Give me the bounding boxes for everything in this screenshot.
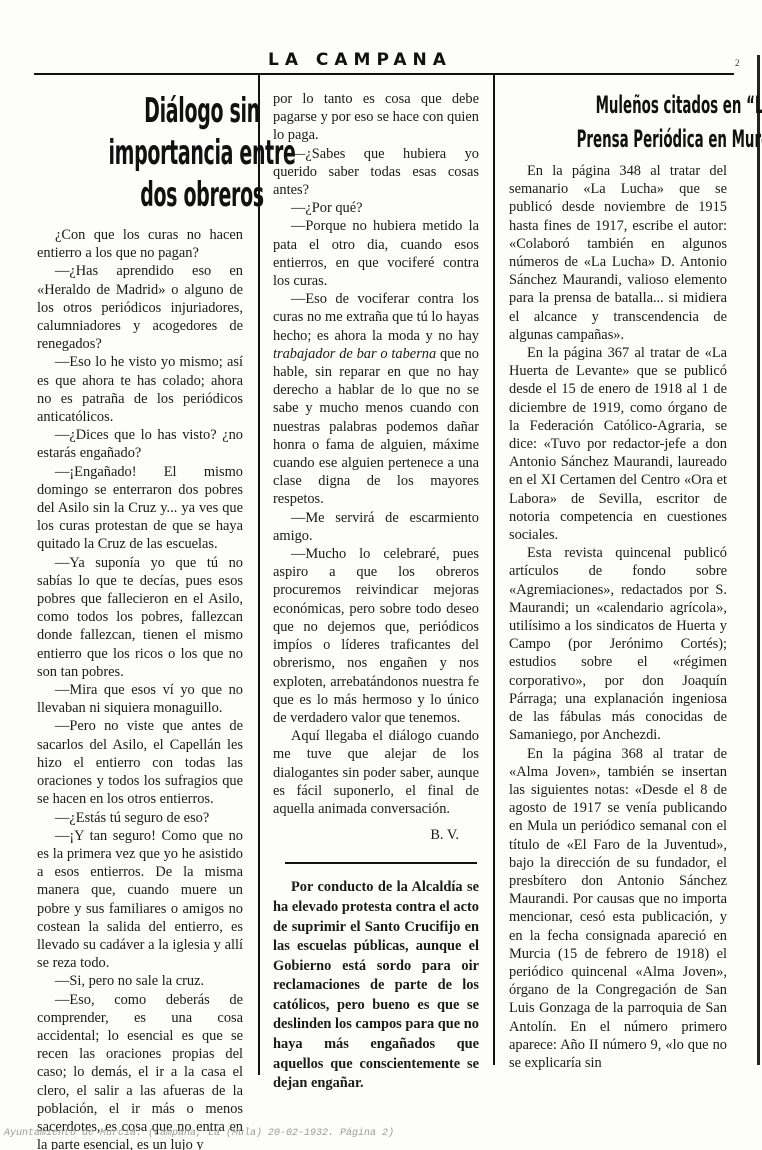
italic-text-run: trabajador de bar o taberna [273, 346, 436, 362]
paragraph: —Porque no hubiera metido la pata el otr… [273, 217, 479, 290]
masthead-title: LA CAMPANA [268, 50, 488, 72]
paragraph: —¿Sabes que hubiera yo querido saber tod… [273, 145, 479, 200]
article-mulenos: Muleños citados en “La Prensa Periódica … [509, 88, 727, 1072]
column-divider-2 [493, 75, 495, 1065]
paragraph: por lo tanto es cosa que debe pagarse y … [273, 90, 479, 145]
notice-text: Por conducto de la Alcaldía se ha elevad… [273, 878, 479, 1094]
paragraph: ¿Con que los curas no hacen entierro a l… [37, 226, 243, 262]
paragraph: —¿Has aprendido eso en «Heraldo de Madri… [37, 262, 243, 353]
masthead-rule [34, 73, 734, 75]
article-dialogo: Diálogo sin importancia entre dos obrero… [37, 90, 243, 1150]
author-signature: B. V. [273, 826, 459, 844]
paragraph: —Mucho lo celebraré, pues aspiro a que l… [273, 545, 479, 727]
paragraph: —¿Estás tú seguro de eso? [37, 809, 243, 827]
paragraph: —¿Por qué? [273, 199, 479, 217]
archive-footer: Ayuntamiento de Murcia. (Campana, La (Mu… [4, 1128, 394, 1139]
paragraph: En la página 348 al tratar del semanario… [509, 162, 727, 344]
paragraph: —Pero no viste que antes de sacarlos del… [37, 717, 243, 808]
paragraph: —Ya suponía yo que tú no sabías lo que t… [37, 554, 243, 681]
text-run: que no hable, sin reparar en que no hay … [273, 346, 479, 508]
paragraph: Esta revista quincenal publicó artículos… [509, 544, 727, 744]
paragraph: Aquí llegaba el diálogo cuando me tuve q… [273, 727, 479, 818]
paragraph: En la página 367 al tratar de «La Huerta… [509, 344, 727, 544]
paragraph: —Eso, como deberás de comprender, es una… [37, 991, 243, 1150]
page-number: 2 [735, 58, 740, 68]
paragraph: —Me servirá de escarmiento amigo. [273, 509, 479, 545]
column-divider-1 [258, 75, 260, 1075]
paragraph: —Eso de vociferar contra los curas no me… [273, 290, 479, 508]
paragraph: —¡Engañado! El mismo domingo se enterrar… [37, 463, 243, 554]
notice-box: Por conducto de la Alcaldía se ha elevad… [273, 878, 479, 1094]
page-edge [757, 55, 760, 1065]
paragraph: —Eso lo he visto yo mismo; así es que ah… [37, 353, 243, 426]
article-headline: Muleños citados en “La Prensa Periódica … [576, 88, 762, 156]
text-run: —Eso de vociferar contra los curas no me… [273, 291, 479, 343]
paragraph: —Mira que esos ví yo que no llevaban ni … [37, 681, 243, 717]
paragraph: En la página 368 al tratar de «Alma Jove… [509, 745, 727, 1073]
paragraph: —¿Dices que lo has visto? ¿no estarás en… [37, 426, 243, 462]
paragraph: —Si, pero no sale la cruz. [37, 972, 243, 990]
paragraph: —¡Y tan seguro! Como que no es la primer… [37, 827, 243, 973]
notice-rule [285, 862, 477, 864]
article-dialogo-continued: por lo tanto es cosa que debe pagarse y … [273, 90, 479, 1094]
